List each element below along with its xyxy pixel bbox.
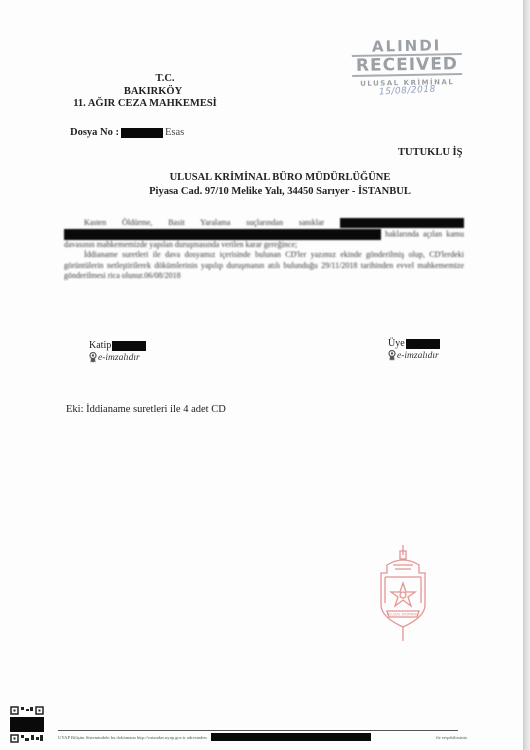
defendants-redaction-1 xyxy=(340,218,464,228)
e-signature-icon xyxy=(89,352,97,363)
addressee-name: ULUSAL KRİMİNAL BÜRO MÜDÜRLÜĞÜNE xyxy=(120,171,440,185)
attachment-note: Eki: İddianame suretleri ile 4 adet CD xyxy=(66,404,226,415)
member-title: Üye xyxy=(388,338,405,349)
footer-redaction xyxy=(211,733,371,741)
qr-code-icon xyxy=(10,706,44,744)
paragraph-1-start: Kasten Öldürme, Basit Yaralama suçlarınd… xyxy=(84,218,324,227)
paragraph-1-mid: haklarında açılan xyxy=(385,229,442,238)
file-number: Dosya No : Esas xyxy=(70,127,184,138)
footer-text-end: ile erişebilirsiniz. xyxy=(436,735,468,740)
letter-body: Kasten Öldürme, Basit Yaralama suçlarınd… xyxy=(64,218,464,282)
defendants-redaction-2 xyxy=(64,229,381,240)
svg-text:ULUSAL KRİMİNAL: ULUSAL KRİMİNAL xyxy=(387,612,419,617)
member-esign-label: e-imzalıdır xyxy=(397,351,439,361)
e-signature-icon xyxy=(388,350,396,361)
received-stamp: ALINDI RECEIVED ULUSAL KRİMİNAL 15/08/20… xyxy=(352,37,463,97)
signature-member: Üye e-imzalıdır xyxy=(388,338,440,361)
document-page xyxy=(0,0,524,750)
paragraph-2: İddianame suretleri ile dava dosyamız iç… xyxy=(64,250,464,282)
stamp-line1: ALINDI xyxy=(352,37,462,55)
court-line3: 11. AĞIR CEZA MAHKEMESİ xyxy=(60,98,230,111)
footer-text-start: UYAP Bilişim Sistemindeki bu dokümana ht… xyxy=(58,735,207,740)
addressee-address: Piyasa Cad. 97/10 Melike Yalı, 34450 Sar… xyxy=(120,185,440,199)
clerk-esign-label: e-imzalıdır xyxy=(98,353,140,363)
page-edge xyxy=(524,0,530,750)
footer-note: UYAP Bilişim Sistemindeki bu dokümana ht… xyxy=(58,733,468,741)
court-header: T.C. BAKIRKÖY 11. AĞIR CEZA MAHKEMESİ xyxy=(60,73,230,111)
addressee: ULUSAL KRİMİNAL BÜRO MÜDÜRLÜĞÜNE Piyasa … xyxy=(120,171,440,199)
paragraph-1: Kasten Öldürme, Basit Yaralama suçlarınd… xyxy=(64,218,464,250)
stamp-line2: RECEIVED xyxy=(352,53,462,77)
custody-label: TUTUKLU İŞ xyxy=(398,147,462,158)
file-number-redaction xyxy=(121,128,163,138)
court-line2: BAKIRKÖY xyxy=(60,86,230,99)
member-name-redaction xyxy=(406,339,440,349)
file-suffix: Esas xyxy=(165,127,184,138)
court-line1: T.C. xyxy=(60,73,230,86)
clerk-title: Katip xyxy=(89,340,111,351)
footer-divider xyxy=(58,730,458,731)
institution-emblem-icon: ULUSAL KRİMİNAL xyxy=(373,543,433,643)
clerk-name-redaction xyxy=(112,341,146,351)
file-label: Dosya No : xyxy=(70,127,119,138)
signature-clerk: Katip e-imzalıdır xyxy=(89,340,146,363)
